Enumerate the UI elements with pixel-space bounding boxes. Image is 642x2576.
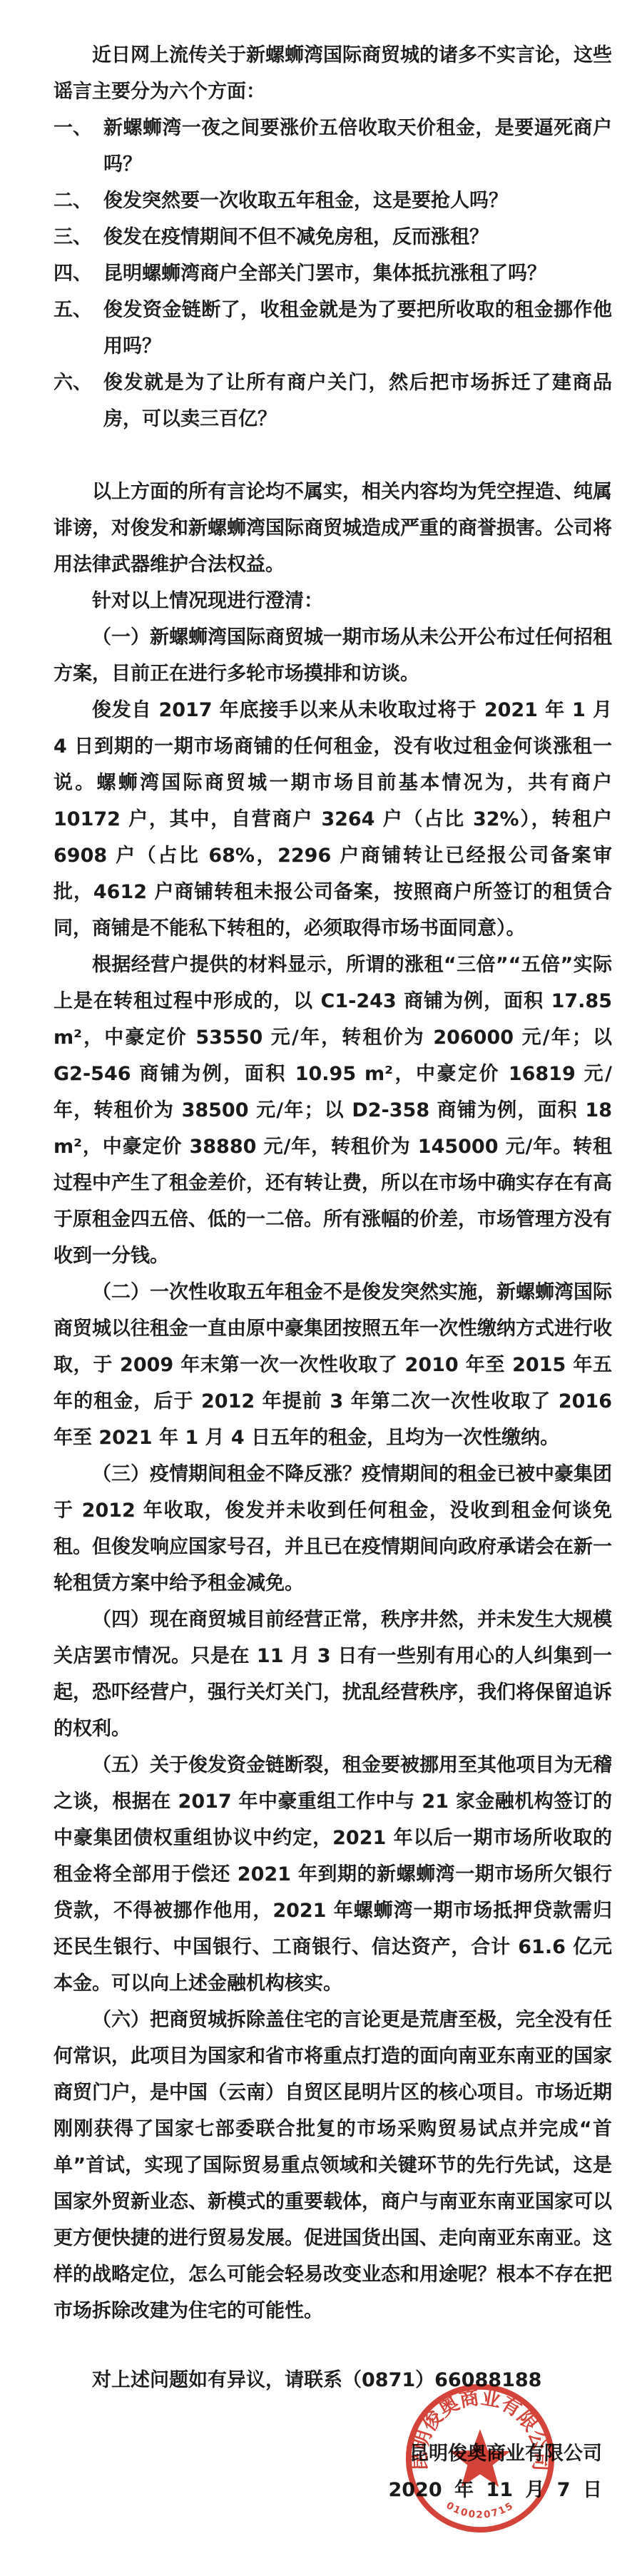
rumor-item-3: 三、 俊发在疫情期间不但不减免房租，反而涨租？ <box>53 219 612 255</box>
signature-block: 昆明俊奥商业有限公司 2020 年 11 月 7 日 昆明俊奥商业有限公司 53… <box>53 2435 612 2508</box>
rumor-item-5: 五、 俊发资金链断了，收租金就是为了要把所收取的租金挪作他用吗？ <box>53 292 612 365</box>
clarification-1-examples: 根据经营户提供的材料显示，所谓的涨租“三倍”“五倍”实际上是在转租过程中形成的，… <box>53 947 612 1274</box>
rumor-text: 俊发就是为了让所有商户关门，然后把市场拆迁了建商品房，可以卖三百亿？ <box>103 365 612 437</box>
clarification-1: （一）新螺蛳湾国际商贸城一期市场从未公开公布过任何招租方案，目前正在进行多轮市场… <box>53 619 612 692</box>
rumor-number: 五、 <box>53 292 103 365</box>
intro-paragraph: 近日网上流传关于新螺蛳湾国际商贸城的诸多不实言论，这些谣言主要分为六个方面： <box>53 37 612 110</box>
rumor-number: 一、 <box>53 110 103 183</box>
clarify-intro-line: 针对以上情况现进行澄清： <box>53 583 612 619</box>
rumor-item-4: 四、 昆明螺蛳湾商户全部关门罢市，集体抵抗涨租了吗？ <box>53 255 612 292</box>
rumor-text: 俊发资金链断了，收租金就是为了要把所收取的租金挪作他用吗？ <box>103 292 612 365</box>
rumor-text: 俊发在疫情期间不但不减免房租，反而涨租？ <box>103 219 612 255</box>
rumor-text: 俊发突然要一次收取五年租金，这是要抢人吗？ <box>103 183 612 219</box>
clarification-2: （二）一次性收取五年租金不是俊发突然实施，新螺蛳湾国际商贸城以往租金一直由原中豪… <box>53 1274 612 1456</box>
clarification-3: （三）疫情期间租金不降反涨？疫情期间的租金已被中豪集团于 2012 年收取，俊发… <box>53 1456 612 1602</box>
document-page: 近日网上流传关于新螺蛳湾国际商贸城的诸多不实言论，这些谣言主要分为六个方面： 一… <box>0 0 642 2576</box>
rumor-number: 六、 <box>53 365 103 437</box>
rumor-number: 四、 <box>53 255 103 292</box>
rumor-item-1: 一、 新螺蛳湾一夜之间要涨价五倍收取天价租金，是要逼死商户吗？ <box>53 110 612 183</box>
rumor-item-6: 六、 俊发就是为了让所有商户关门，然后把市场拆迁了建商品房，可以卖三百亿？ <box>53 365 612 437</box>
clarification-4: （四）现在商贸城目前经营正常，秩序井然，并未发生大规模关店罢市情况。只是在 11… <box>53 1602 612 1747</box>
rumor-number: 二、 <box>53 183 103 219</box>
rumor-text: 昆明螺蛳湾商户全部关门罢市，集体抵抗涨租了吗？ <box>103 255 612 292</box>
clarification-5: （五）关于俊发资金链断裂，租金要被挪用至其他项目为无稽之谈，根据在 2017 年… <box>53 1747 612 2002</box>
rumor-text: 新螺蛳湾一夜之间要涨价五倍收取天价租金，是要逼死商户吗？ <box>103 110 612 183</box>
company-seal: 昆明俊奥商业有限公司 5301002071536 <box>404 2382 556 2535</box>
clarification-1-detail: 俊发自 2017 年底接手以来从未收取过将于 2021 年 1 月 4 日到期的… <box>53 692 612 947</box>
clarification-6: （六）把商贸城拆除盖住宅的言论更是荒唐至极，完全没有任何常识，此项目为国家和省市… <box>53 2002 612 2329</box>
statement-paragraph: 以上方面的所有言论均不属实，相关内容均为凭空捏造、纯属诽谤，对俊发和新螺蛳湾国际… <box>53 474 612 583</box>
rumor-item-2: 二、 俊发突然要一次收取五年租金，这是要抢人吗？ <box>53 183 612 219</box>
seal-star-icon <box>449 2429 510 2487</box>
rumor-number: 三、 <box>53 219 103 255</box>
